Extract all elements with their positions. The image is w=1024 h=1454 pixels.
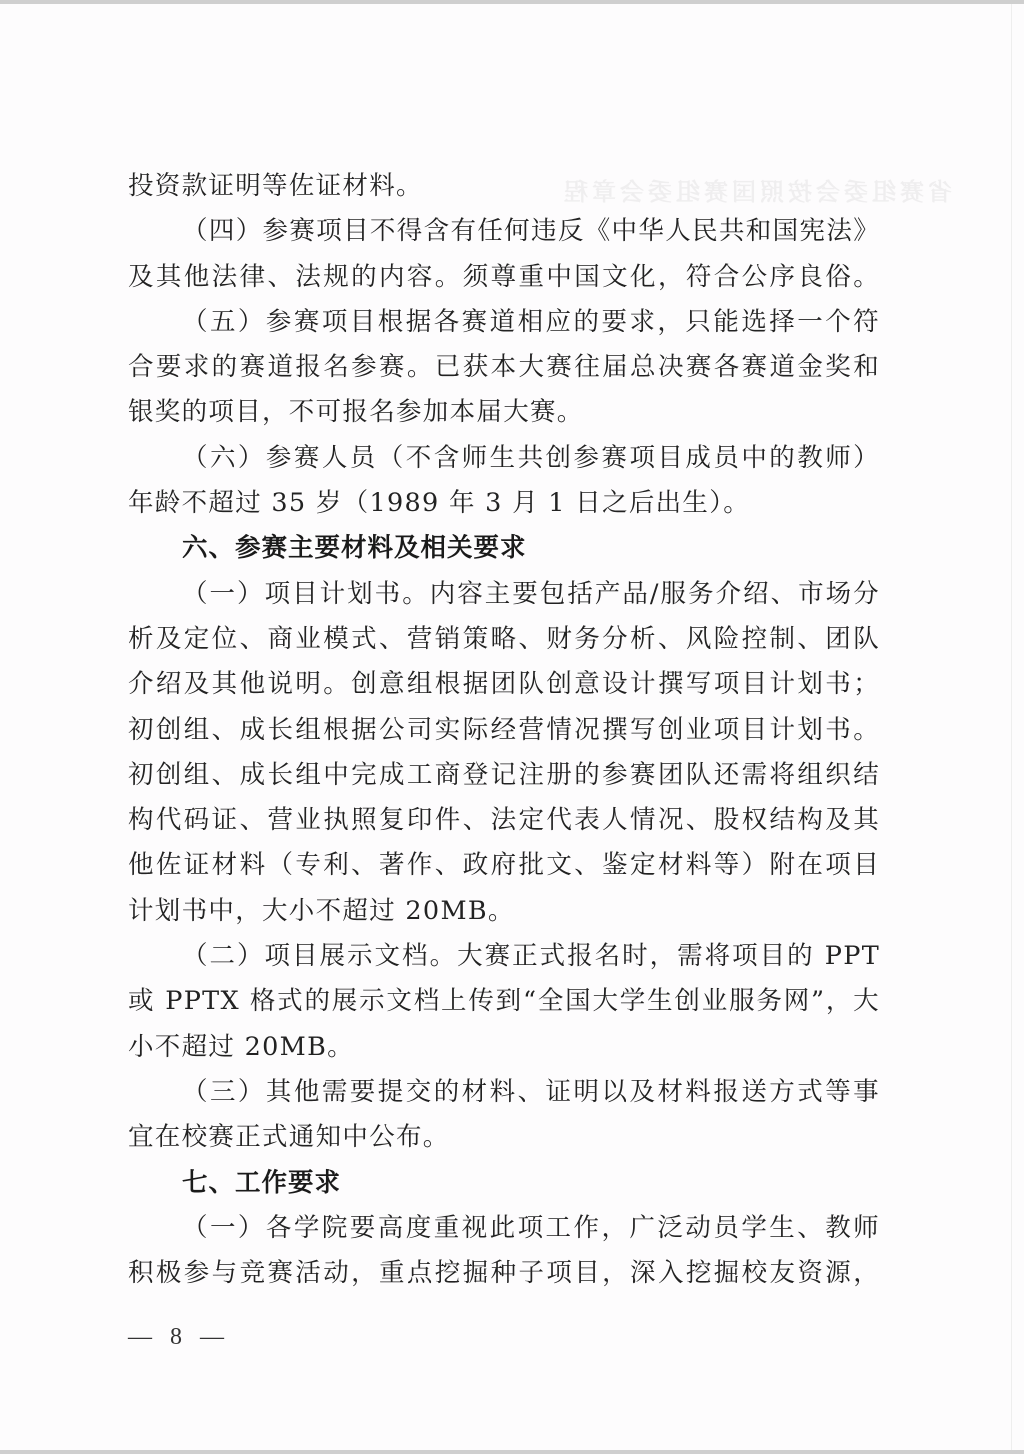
paragraph-line: 或 PPTX 格式的展示文档上传到“全国大学生创业服务网”，大 bbox=[128, 979, 880, 1024]
paragraph-line: 宜在校赛正式通知中公布。 bbox=[128, 1115, 880, 1160]
page-edge-line bbox=[1011, 4, 1012, 1450]
paragraph-line: 合要求的赛道报名参赛。已获本大赛往届总决赛各赛道金奖和 bbox=[128, 345, 880, 390]
paragraph-line: 介绍及其他说明。创意组根据团队创意设计撰写项目计划书； bbox=[128, 662, 880, 707]
paragraph-line: 构代码证、营业执照复印件、法定代表人情况、股权结构及其 bbox=[128, 798, 880, 843]
paragraph-line: （四）参赛项目不得含有任何违反《中华人民共和国宪法》 bbox=[128, 209, 880, 254]
paragraph-line: 初创组、成长组根据公司实际经营情况撰写创业项目计划书。 bbox=[128, 708, 880, 753]
section-heading: 六、参赛主要材料及相关要求 bbox=[128, 526, 880, 571]
paragraph-line: 他佐证材料（专利、著作、政府批文、鉴定材料等）附在项目 bbox=[128, 843, 880, 888]
paragraph-line: （六）参赛人员（不含师生共创参赛项目成员中的教师） bbox=[128, 436, 880, 481]
paragraph-line: （五）参赛项目根据各赛道相应的要求，只能选择一个符 bbox=[128, 300, 880, 345]
paragraph-line: （二）项目展示文档。大赛正式报名时，需将项目的 PPT bbox=[128, 934, 880, 979]
document-body: 投资款证明等佐证材料。（四）参赛项目不得含有任何违反《中华人民共和国宪法》及其他… bbox=[128, 164, 880, 1296]
paragraph-line: 投资款证明等佐证材料。 bbox=[128, 164, 880, 209]
paragraph-line: 银奖的项目，不可报名参加本届大赛。 bbox=[128, 390, 880, 435]
paragraph-line: 小不超过 20MB。 bbox=[128, 1025, 880, 1070]
document-page: 省赛组委会按照国赛组委会章程 投资款证明等佐证材料。（四）参赛项目不得含有任何违… bbox=[0, 4, 1024, 1450]
paragraph-line: 计划书中，大小不超过 20MB。 bbox=[128, 889, 880, 934]
section-heading: 七、工作要求 bbox=[128, 1161, 880, 1206]
bottom-border-bar bbox=[0, 1450, 1024, 1454]
paragraph-line: 积极参与竞赛活动，重点挖掘种子项目，深入挖掘校友资源， bbox=[128, 1251, 880, 1296]
paragraph-line: 初创组、成长组中完成工商登记注册的参赛团队还需将组织结 bbox=[128, 753, 880, 798]
paragraph-line: 及其他法律、法规的内容。须尊重中国文化，符合公序良俗。 bbox=[128, 255, 880, 300]
paragraph-line: 年龄不超过 35 岁（1989 年 3 月 1 日之后出生）。 bbox=[128, 481, 880, 526]
paragraph-line: 析及定位、商业模式、营销策略、财务分析、风险控制、团队 bbox=[128, 617, 880, 662]
paragraph-line: （一）项目计划书。内容主要包括产品/服务介绍、市场分 bbox=[128, 572, 880, 617]
paragraph-line: （三）其他需要提交的材料、证明以及材料报送方式等事 bbox=[128, 1070, 880, 1115]
paragraph-line: （一）各学院要高度重视此项工作，广泛动员学生、教师 bbox=[128, 1206, 880, 1251]
page-number: — 8 — bbox=[128, 1324, 230, 1351]
